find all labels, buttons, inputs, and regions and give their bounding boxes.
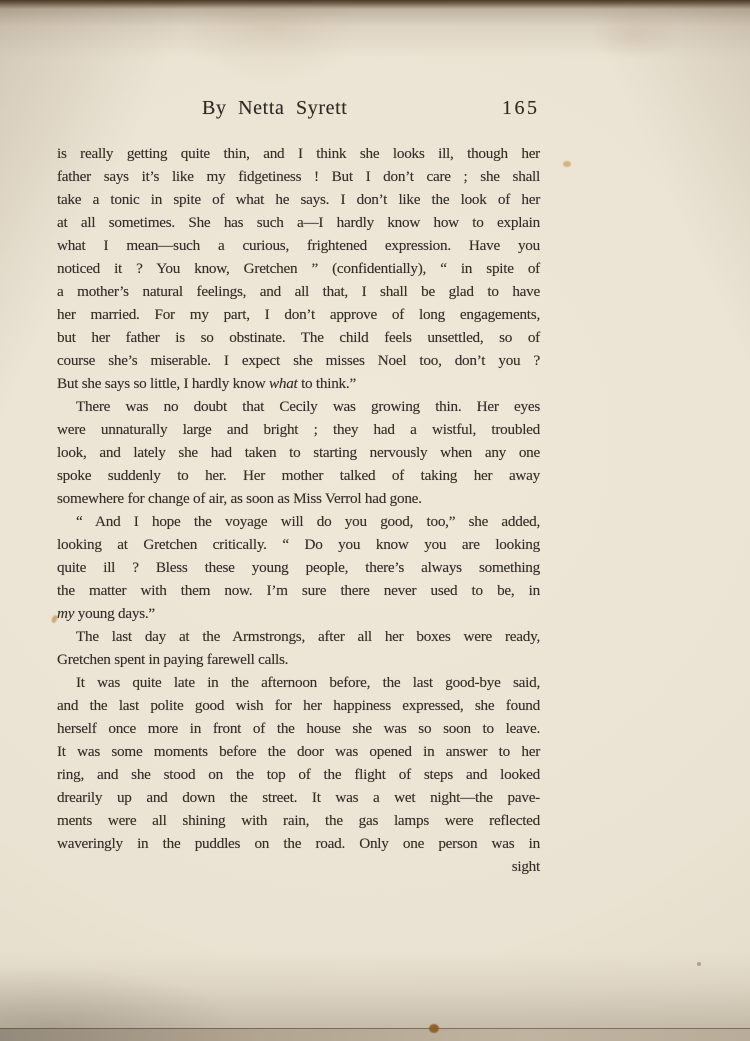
text-line: noticed it ? You know, Gretchen ” (confi… [57,257,540,280]
text-line: is really getting quite thin, and I thin… [57,142,540,165]
text-line: take a tonic in spite of what he says. I… [57,188,540,211]
text-line: my young days.” [57,602,540,625]
page-number: 165 [502,95,538,121]
italic-text: my [57,605,74,622]
page-bottom-shadow [0,951,750,1029]
text-segment: There was no doubt that Cecily was growi… [76,398,540,415]
text-segment: noticed it ? You know, Gretchen ” (confi… [57,260,540,277]
text-line: There was no doubt that Cecily was growi… [57,395,540,418]
text-segment: were unnaturally large and bright ; they… [57,421,540,438]
text-line: the matter with them now. I’m sure there… [57,579,540,602]
text-line: ments were all shining with rain, the ga… [57,809,540,832]
text-segment: sight [512,858,540,875]
paper-smudge [590,10,680,60]
text-line: But she says so little, I hardly know wh… [57,372,540,395]
text-segment: look, and lately she had taken to starti… [57,444,540,461]
italic-text: what [269,375,298,392]
text-segment: her married. For my part, I don’t approv… [57,306,540,323]
text-segment: waveringly in the puddles on the road. O… [57,835,540,852]
text-line: sight [57,855,540,878]
paper-stain [563,161,571,167]
text-line: somewhere for change of air, as soon as … [57,487,540,510]
scanned-book-page: By Netta Syrett 165 is really getting qu… [0,0,750,1041]
text-segment: what I mean—such a curious, frightened e… [57,237,540,254]
text-segment: course she’s miserable. I expect she mis… [57,352,540,369]
text-line: but her father is so obstinate. The chil… [57,326,540,349]
text-line: “ And I hope the voyage will do you good… [57,510,540,533]
text-line: her married. For my part, I don’t approv… [57,303,540,326]
text-line: quite ill ? Bless these young people, th… [57,556,540,579]
text-line: at all sometimes. She has such a—I hardl… [57,211,540,234]
text-line: spoke suddenly to her. Her mother talked… [57,464,540,487]
text-line: The last day at the Armstrongs, after al… [57,625,540,648]
text-segment: but her father is so obstinate. The chil… [57,329,540,346]
text-segment: young days.” [74,605,155,622]
text-line: course she’s miserable. I expect she mis… [57,349,540,372]
text-line: looking at Gretchen critically. “ Do you… [57,533,540,556]
paper-stain [429,1024,439,1033]
text-line: drearily up and down the street. It was … [57,786,540,809]
text-segment: a mother’s natural feelings, and all tha… [57,283,540,300]
paper-smudge [180,4,360,84]
text-line: and the last polite good wish for her ha… [57,694,540,717]
text-line: herself once more in front of the house … [57,717,540,740]
text-line: father says it’s like my fidgetiness ! B… [57,165,540,188]
text-segment: quite ill ? Bless these young people, th… [57,559,540,576]
text-segment: “ And I hope the voyage will do you good… [76,513,540,530]
text-line: It was quite late in the afternoon befor… [57,671,540,694]
text-line: were unnaturally large and bright ; they… [57,418,540,441]
text-line: ring, and she stood on the top of the fl… [57,763,540,786]
text-segment: is really getting quite thin, and I thin… [57,145,540,162]
text-line: waveringly in the puddles on the road. O… [57,832,540,855]
text-line: It was some moments before the door was … [57,740,540,763]
text-segment: It was some moments before the door was … [57,743,540,760]
text-segment: spoke suddenly to her. Her mother talked… [57,467,540,484]
text-segment: drearily up and down the street. It was … [57,789,540,806]
text-segment: father says it’s like my fidgetiness ! B… [57,168,540,185]
text-line: a mother’s natural feelings, and all tha… [57,280,540,303]
text-segment: looking at Gretchen critically. “ Do you… [57,536,540,553]
body-text: is really getting quite thin, and I thin… [57,142,540,878]
text-line: Gretchen spent in paying farewell calls. [57,648,540,671]
text-segment: herself once more in front of the house … [57,720,540,737]
text-segment: take a tonic in spite of what he says. I… [57,191,540,208]
text-segment: It was quite late in the afternoon befor… [76,674,540,691]
text-segment: to think.” [298,375,356,392]
text-segment: ring, and she stood on the top of the fl… [57,766,540,783]
text-segment: Gretchen spent in paying farewell calls. [57,651,288,668]
text-segment: and the last polite good wish for her ha… [57,697,540,714]
text-line: what I mean—such a curious, frightened e… [57,234,540,257]
text-segment: The last day at the Armstrongs, after al… [76,628,540,645]
scan-bottom-edge [0,1028,750,1041]
running-title: By Netta Syrett [202,95,347,121]
text-segment: the matter with them now. I’m sure there… [57,582,540,599]
text-line: look, and lately she had taken to starti… [57,441,540,464]
text-segment: ments were all shining with rain, the ga… [57,812,540,829]
text-segment: But she says so little, I hardly know [57,375,269,392]
text-segment: at all sometimes. She has such a—I hardl… [57,214,540,231]
text-segment: somewhere for change of air, as soon as … [57,490,422,507]
